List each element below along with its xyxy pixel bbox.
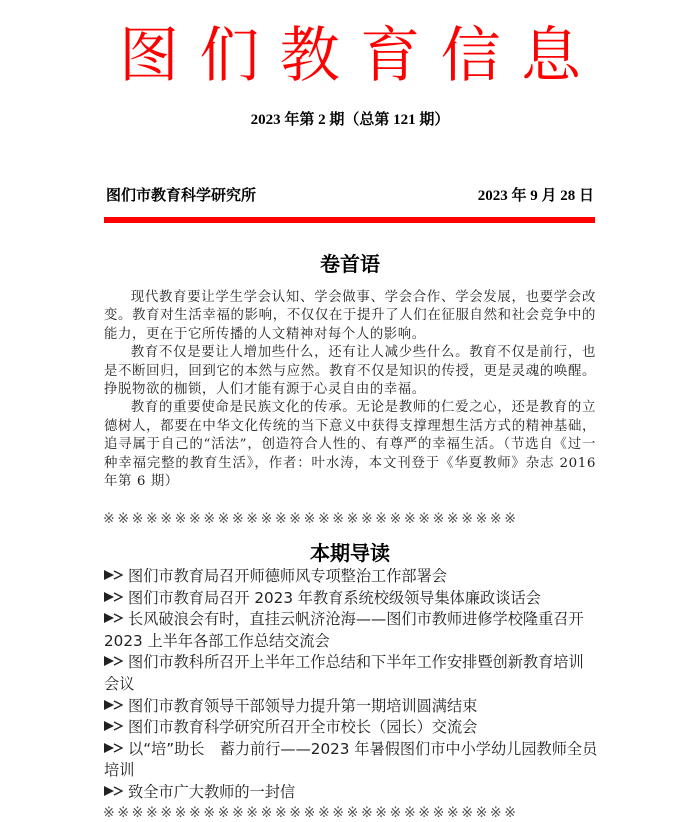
- masthead-title: 图 们 教 育 信 息: [100, 18, 600, 93]
- toc-item[interactable]: 图们市教育科学研究所召开全市校长（园长）交流会: [104, 717, 598, 739]
- foreword-paragraph: 教育不仅是要让人增加些什么，还有让人减少些什么。教育不仅是前行，也是不断回归，回…: [104, 344, 596, 399]
- toc-item-label: 长风破浪会有时，直挂云帆济沧海——图们市教师进修学校隆重召开 2023 上半年各…: [104, 610, 584, 650]
- publish-date: 2023 年 9 月 28 日: [478, 184, 594, 205]
- toc-item[interactable]: 图们市教育局召开 2023 年教育系统校级领导集体廉政谈话会: [104, 588, 598, 610]
- toc-item[interactable]: 图们市教育领导干部领导力提升第一期培训圆满结束: [104, 696, 598, 718]
- masthead-char: 息: [520, 20, 582, 92]
- star-divider: ※※※※※※※※※※※※※※※※※※※※※※※※※※※※※: [103, 805, 597, 821]
- toc-item-label: 图们市教育科学研究所召开全市校长（园长）交流会: [128, 718, 477, 736]
- red-divider-rule: [104, 217, 595, 223]
- toc-item-label: 图们市教育局召开 2023 年教育系统校级领导集体廉政谈话会: [128, 589, 541, 607]
- publisher-name: 图们市教育科学研究所: [106, 184, 256, 205]
- toc-title: 本期导读: [0, 537, 700, 566]
- arrow-right-icon: [104, 721, 124, 731]
- foreword-paragraph: 教育的重要使命是民族文化的传承。无论是教师的仁爱之心，还是教育的立德树人，都要在…: [104, 399, 596, 491]
- toc-item-label: 图们市教育局召开师德师风专项整治工作部署会: [128, 567, 447, 585]
- toc-item-label: 致全市广大教师的一封信: [128, 783, 295, 801]
- arrow-right-icon: [104, 613, 124, 623]
- arrow-right-icon: [104, 700, 124, 710]
- toc-list: 图们市教育局召开师德师风专项整治工作部署会 图们市教育局召开 2023 年教育系…: [104, 566, 598, 804]
- masthead-char: 图: [118, 20, 180, 92]
- masthead-char: 育: [359, 20, 421, 92]
- newsletter-page: 图 们 教 育 信 息 2023 年第 2 期（总第 121 期） 图们市教育科…: [0, 0, 700, 822]
- arrow-right-icon: [104, 743, 124, 753]
- toc-item-label: 以“培”助长 蓄力前行——2023 年暑假图们市中小学幼儿园教师全员培训: [104, 740, 597, 780]
- issue-number: 2023 年第 2 期（总第 121 期）: [0, 108, 700, 129]
- foreword-paragraph: 现代教育要让学生学会认知、学会做事、学会合作、学会发展，也要学会改变。教育对生活…: [104, 289, 596, 344]
- arrow-right-icon: [104, 592, 124, 602]
- masthead-char: 教: [279, 20, 341, 92]
- publisher-row: 图们市教育科学研究所 2023 年 9 月 28 日: [106, 184, 594, 205]
- foreword-body: 现代教育要让学生学会认知、学会做事、学会合作、学会发展，也要学会改变。教育对生活…: [104, 289, 596, 491]
- toc-item[interactable]: 以“培”助长 蓄力前行——2023 年暑假图们市中小学幼儿园教师全员培训: [104, 739, 598, 782]
- toc-item-label: 图们市教科所召开上半年工作总结和下半年工作安排暨创新教育培训会议: [104, 653, 584, 693]
- toc-item[interactable]: 致全市广大教师的一封信: [104, 782, 598, 804]
- toc-item[interactable]: 长风破浪会有时，直挂云帆济沧海——图们市教师进修学校隆重召开 2023 上半年各…: [104, 609, 598, 652]
- foreword-title: 卷首语: [0, 248, 700, 277]
- toc-item[interactable]: 图们市教育局召开师德师风专项整治工作部署会: [104, 566, 598, 588]
- masthead-char: 们: [198, 20, 260, 92]
- toc-item[interactable]: 图们市教科所召开上半年工作总结和下半年工作安排暨创新教育培训会议: [104, 652, 598, 695]
- arrow-right-icon: [104, 656, 124, 666]
- arrow-right-icon: [104, 786, 124, 796]
- star-divider: ※※※※※※※※※※※※※※※※※※※※※※※※※※※※※: [103, 511, 597, 527]
- toc-item-label: 图们市教育领导干部领导力提升第一期培训圆满结束: [128, 697, 477, 715]
- masthead-char: 信: [440, 20, 502, 92]
- arrow-right-icon: [104, 570, 124, 580]
